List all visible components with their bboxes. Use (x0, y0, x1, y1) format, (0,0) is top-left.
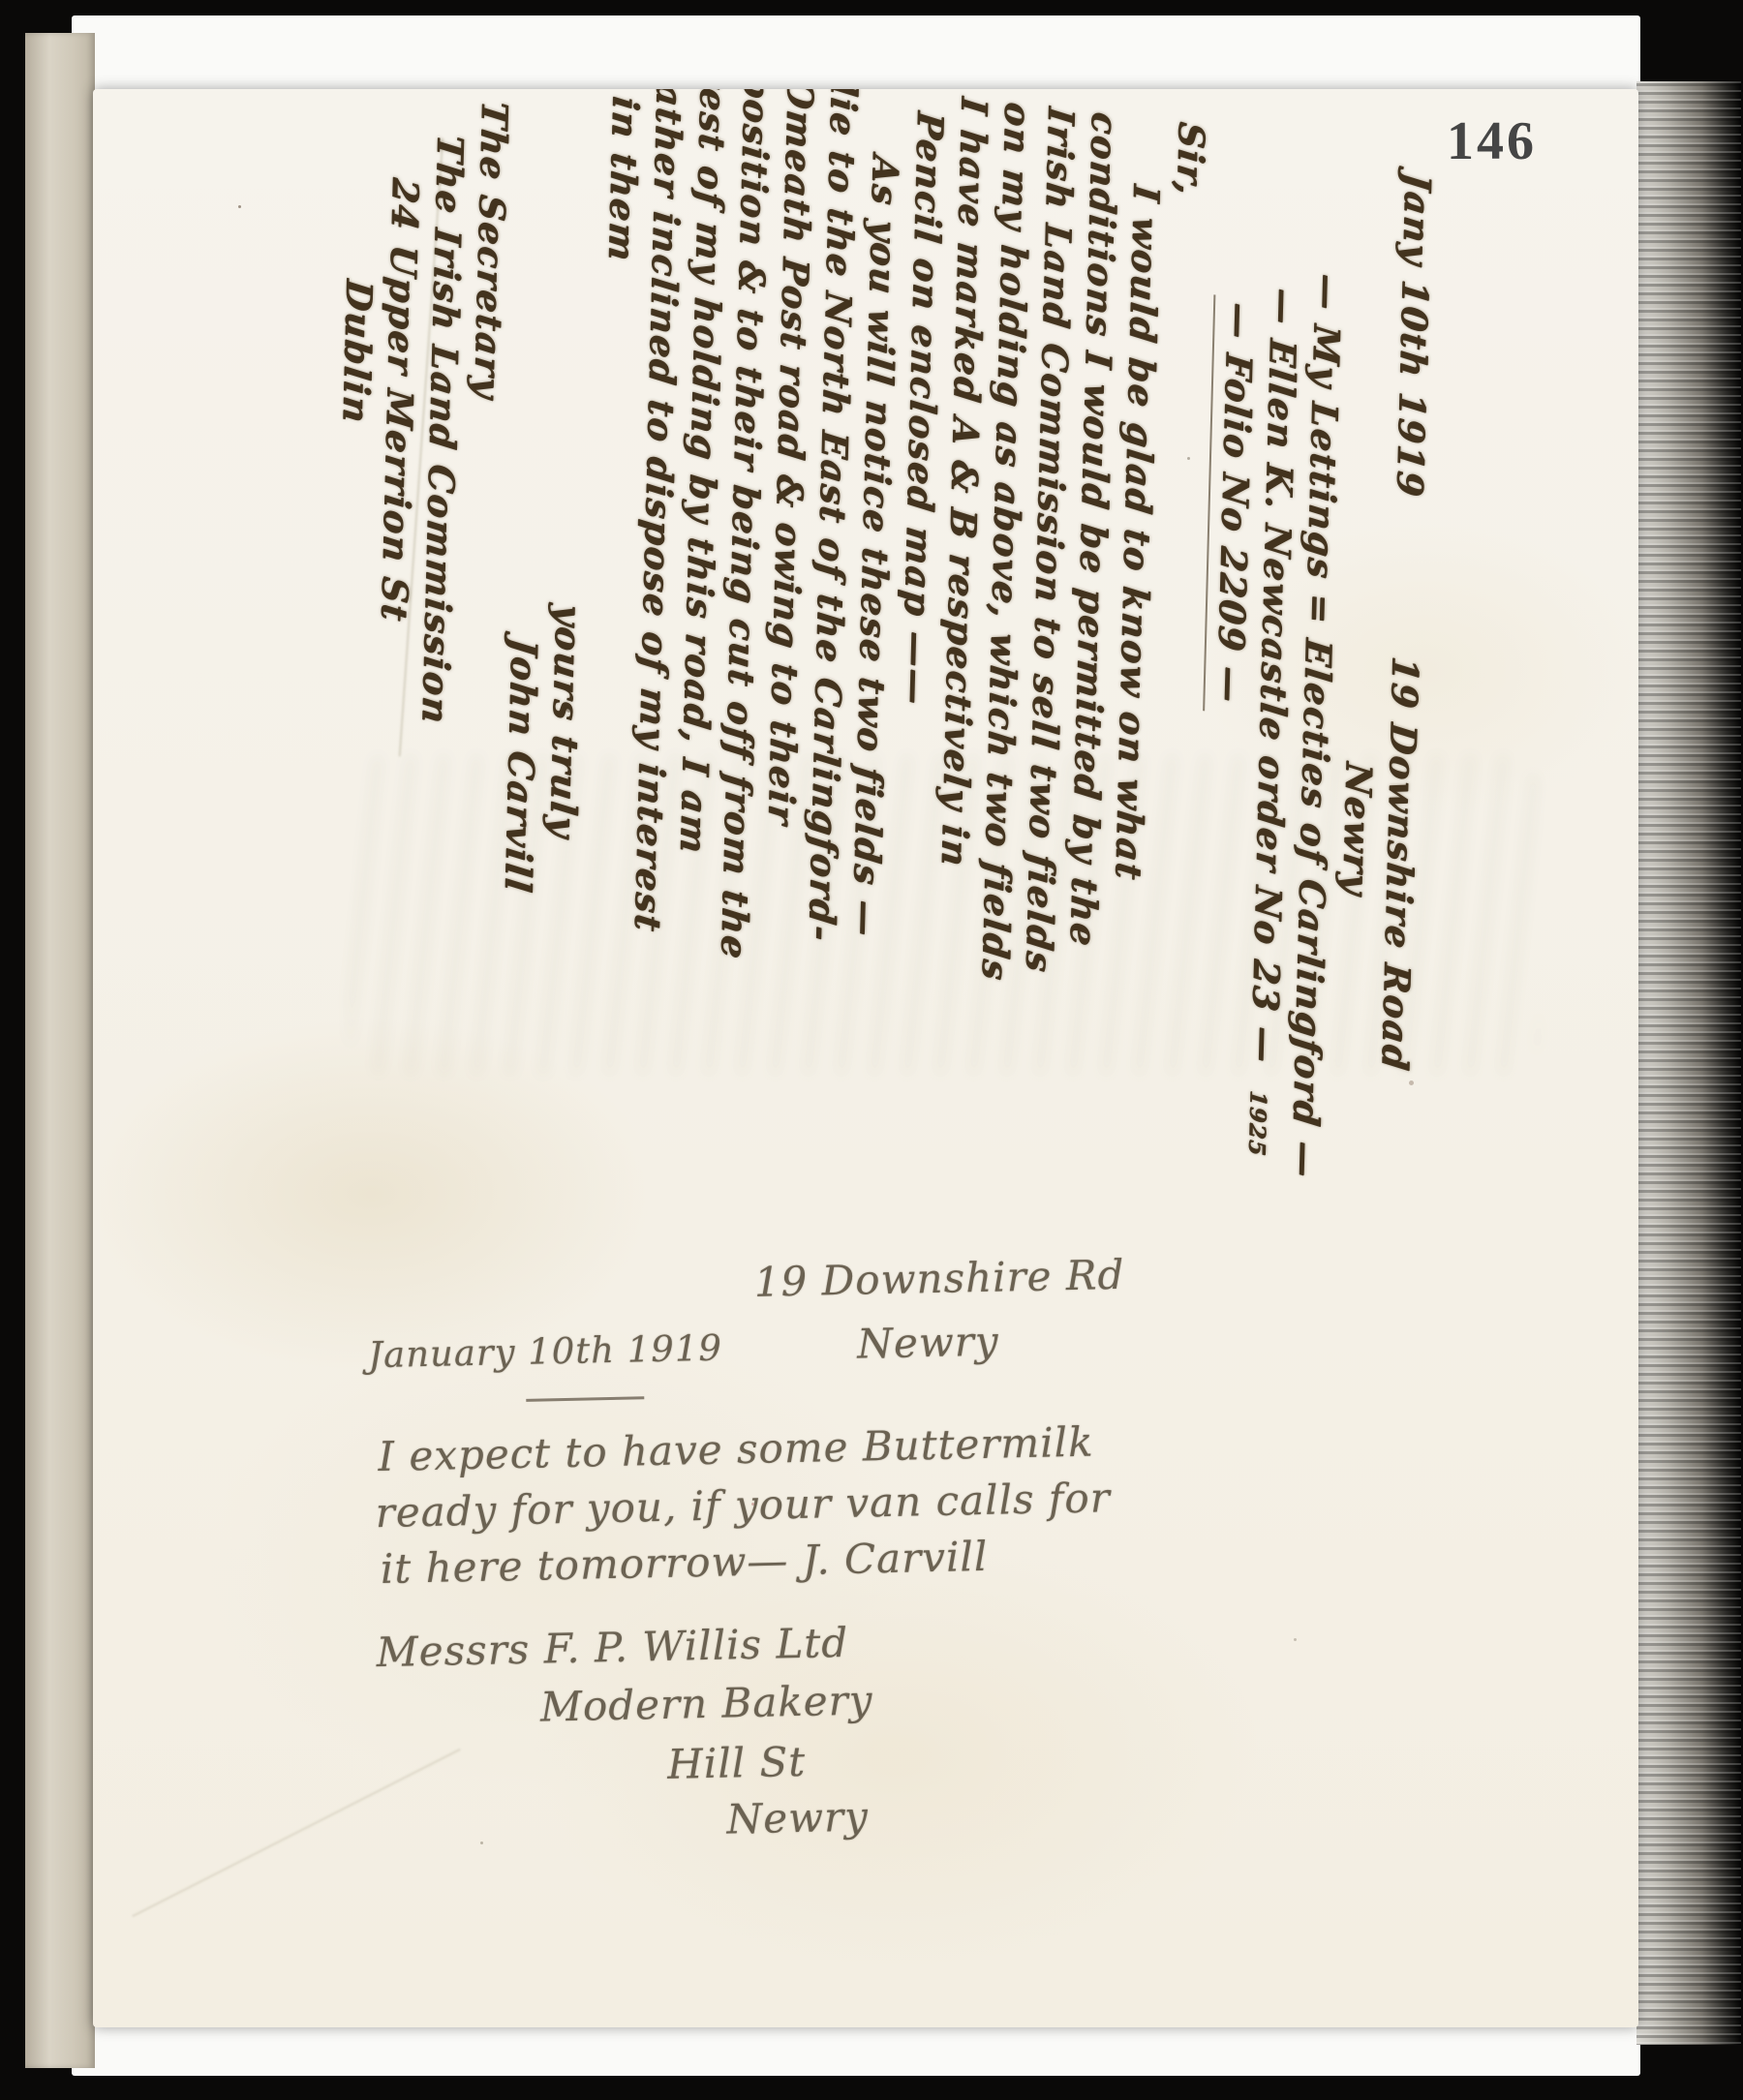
recipient-line: Newry (726, 1793, 869, 1843)
salutation: Sir, (1169, 120, 1213, 198)
body-line: ready for you, if your van calls for (375, 1474, 1111, 1537)
letter-address-street: 19 Downshire Rd (753, 1251, 1125, 1306)
recipient-line: Modern Bakery (539, 1676, 872, 1730)
recipient-line: Hill St (667, 1738, 807, 1788)
lower-letter: January 10th 1919 19 Downshire Rd Newry … (366, 1251, 1134, 1886)
letter-date: Jany 10th 1919 (1389, 171, 1440, 501)
signature: John Carvill (497, 636, 546, 896)
page-stack-fore-edge (1636, 81, 1741, 2045)
letter-address-town: Newry (857, 1318, 999, 1368)
recipient-line: Messrs F. P. Willis Ltd (376, 1619, 848, 1676)
body-line: it here tomorrow— J. Carvill (380, 1533, 988, 1593)
paper-specks (238, 205, 241, 208)
letter-address-town: Newry (1334, 760, 1380, 898)
page-number: 146 (1447, 110, 1537, 172)
book-gutter-edge (25, 33, 95, 2068)
ledger-page: 146 Jany 10th 1919 19 Downshire Road New… (93, 89, 1638, 2027)
letter-date: January 10th 1919 (368, 1327, 722, 1377)
body-line: I expect to have some Buttermilk (378, 1418, 1094, 1480)
subject-year: 1925 (1243, 1089, 1271, 1158)
closing: yours truly (542, 602, 591, 841)
upper-letter: Jany 10th 1919 19 Downshire Road Newry —… (303, 89, 1441, 1176)
letter-book-scan: 146 Jany 10th 1919 19 Downshire Road New… (0, 0, 1743, 2100)
date-underline (526, 1396, 644, 1402)
